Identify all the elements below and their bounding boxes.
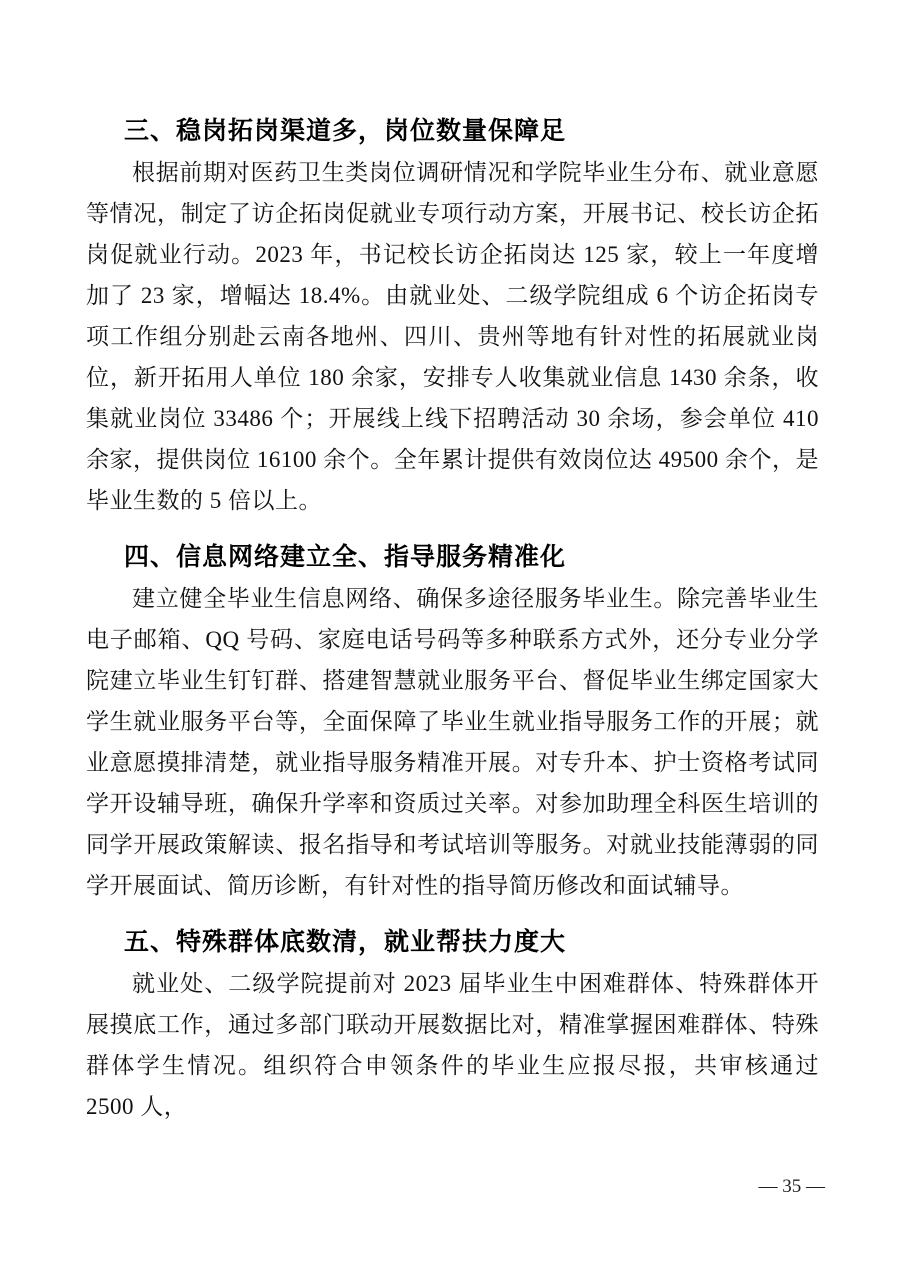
- section-3-paragraph: 根据前期对医药卫生类岗位调研情况和学院毕业生分布、就业意愿等情况，制定了访企拓岗…: [86, 152, 819, 521]
- section-5-special-groups: 五、特殊群体底数清，就业帮扶力度大 就业处、二级学院提前对 2023 届毕业生中…: [86, 921, 819, 1127]
- document-page: 三、稳岗拓岗渠道多，岗位数量保障足 根据前期对医药卫生类岗位调研情况和学院毕业生…: [0, 0, 905, 1280]
- section-3-job-expansion: 三、稳岗拓岗渠道多，岗位数量保障足 根据前期对医药卫生类岗位调研情况和学院毕业生…: [86, 110, 819, 521]
- section-5-paragraph: 就业处、二级学院提前对 2023 届毕业生中困难群体、特殊群体开展摸底工作，通过…: [86, 963, 819, 1127]
- section-4-heading: 四、信息网络建立全、指导服务精准化: [86, 536, 819, 578]
- document-content: 三、稳岗拓岗渠道多，岗位数量保障足 根据前期对医药卫生类岗位调研情况和学院毕业生…: [86, 110, 819, 1127]
- section-5-heading: 五、特殊群体底数清，就业帮扶力度大: [86, 921, 819, 963]
- page-number: — 35 —: [759, 1176, 826, 1198]
- section-4-info-network: 四、信息网络建立全、指导服务精准化 建立健全毕业生信息网络、确保多途径服务毕业生…: [86, 536, 819, 906]
- section-3-heading: 三、稳岗拓岗渠道多，岗位数量保障足: [86, 110, 819, 152]
- section-4-paragraph: 建立健全毕业生信息网络、确保多途径服务毕业生。除完善毕业生电子邮箱、QQ 号码、…: [86, 578, 819, 906]
